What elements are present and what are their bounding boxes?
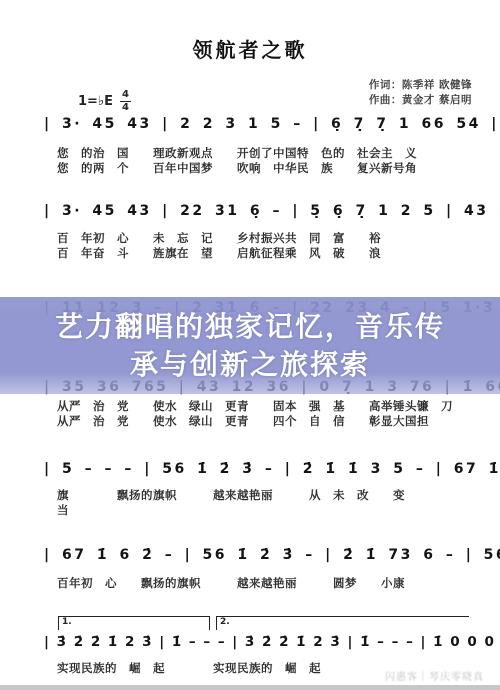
key-signature-text: 1=♭E bbox=[78, 94, 113, 109]
promo-banner: 艺力翻唱的独家记忆，音乐传 承与创新之旅探索 bbox=[0, 297, 500, 394]
credits-block: 作词：陈季祥 欧健锋 作曲：黄金才 蔡启明 bbox=[369, 78, 472, 108]
time-signature: 4 4 bbox=[120, 90, 131, 113]
lyric-row: 从严 治 党 使水 绿山 更青 固本 强 基 高举锤头镰 刀 bbox=[57, 398, 477, 414]
lyric-row: 从严 治 党 使水 绿山 更青 四个 自 信 彰显大国担 bbox=[57, 413, 477, 429]
volta-label-2: 2. bbox=[220, 617, 230, 627]
lyric-row: 当 bbox=[57, 502, 477, 518]
photo-bottom-edge bbox=[0, 685, 500, 690]
lyric-row: 您 的两 个 百年中国梦 吹响 中华民 族 复兴新号角 bbox=[57, 160, 477, 176]
song-title: 领航者之歌 bbox=[0, 34, 500, 63]
promo-banner-text-line1: 艺力翻唱的独家记忆，音乐传 bbox=[55, 310, 445, 344]
notation-line-2: | 3· 45 43 | 22 31 6̣ – | 5̣ 6̣ 7̣ 1 2 5… bbox=[44, 203, 476, 219]
notation-line-6: | 67 1̇ 6 2̇ – | 56 1̇ 2̇ 3̇ – | 2̇ 1̇ 7… bbox=[44, 547, 476, 563]
volta-bracket-2: 2. bbox=[216, 616, 469, 630]
watermark: 闪惠客｜琴庆零晓真 bbox=[385, 668, 484, 683]
volta-label-1: 1. bbox=[62, 617, 72, 627]
composer-credit: 作曲：黄金才 蔡启明 bbox=[369, 93, 472, 108]
lyric-row: 您 的治 国 理政新观点 开创了中国特 色的 社会主 义 bbox=[57, 145, 477, 161]
notation-line-5: | 5 – – – | 56 1̇ 2̇ 3̇ – | 2̇ 1̇ 1̇ 3 5… bbox=[44, 461, 476, 477]
lyricist-credit: 作词：陈季祥 欧健锋 bbox=[369, 78, 472, 93]
promo-banner-text-line2: 承与创新之旅探索 bbox=[130, 348, 370, 382]
key-signature: 1=♭E 4 4 bbox=[78, 90, 131, 113]
sheet-music-page: 领航者之歌 1=♭E 4 4 作词：陈季祥 欧健锋 作曲：黄金才 蔡启明 | 3… bbox=[0, 0, 500, 690]
lyric-row: 百年初 心 飘扬的旗帜 越来越艳丽 圆梦 小康 bbox=[57, 575, 477, 591]
lyric-row: 百 年奋 斗 旌旗在 望 启航征程乘 风 破 浪 bbox=[57, 245, 477, 261]
time-signature-denominator: 4 bbox=[122, 102, 129, 113]
volta-bracket-1: 1. bbox=[58, 616, 210, 630]
lyric-row: 百 年初 心 未 忘 记 乡村振兴共 同 富 裕 bbox=[57, 230, 477, 246]
notation-line-1: | 3· 45 43 | 2 2 3 1 5 – | 6̣ 7̣ 7̣ 1 66… bbox=[44, 116, 476, 132]
notation-line-7: | 3̇ 2̇ 2̇ 1̇ 2 3̇ | 1̇ – – – | 3̇ 2̇ 2̇… bbox=[44, 634, 476, 650]
lyric-row: 旗 飘扬的旗帜 越来越艳丽 从 未 改 变 bbox=[57, 487, 477, 503]
time-signature-numerator: 4 bbox=[120, 90, 131, 102]
